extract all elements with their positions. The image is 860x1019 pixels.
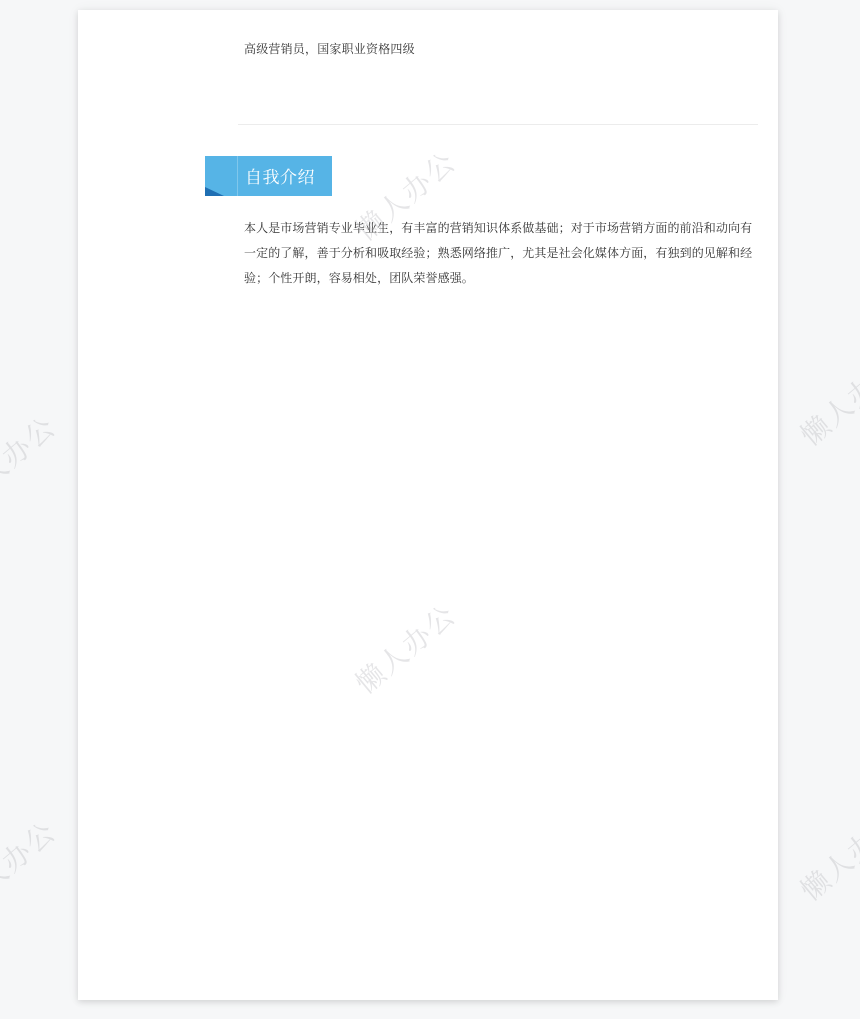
corner-fold-icon: [205, 187, 224, 196]
watermark: 懒人办公: [791, 346, 860, 454]
watermark: 懒人办公: [0, 406, 64, 514]
section-header-self-intro: 自我介绍: [205, 156, 332, 196]
section-title: 自我介绍: [245, 163, 315, 188]
certification-text: 高级营销员，国家职业资格四级: [244, 40, 415, 57]
watermark: 懒人办公: [791, 801, 860, 909]
header-separator: [237, 156, 238, 196]
document-page: 高级营销员，国家职业资格四级 自我介绍 本人是市场营销专业毕业生，有丰富的营销知…: [78, 10, 778, 1000]
self-intro-paragraph: 本人是市场营销专业毕业生，有丰富的营销知识体系做基础；对于市场营销方面的前沿和动…: [244, 216, 760, 291]
section-divider: [238, 124, 758, 125]
watermark: 懒人办公: [0, 811, 64, 919]
